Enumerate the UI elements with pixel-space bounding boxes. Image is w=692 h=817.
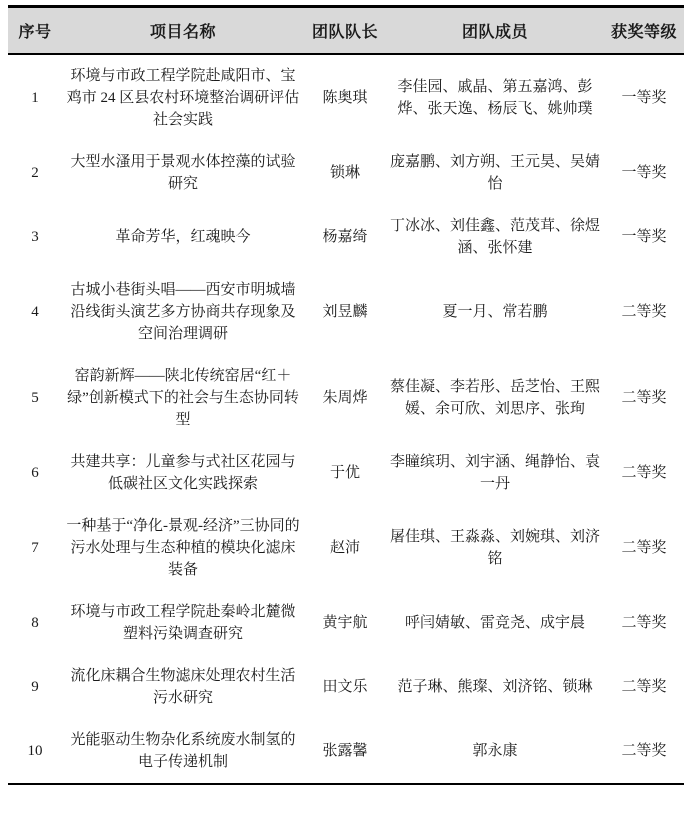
cell-team-leader: 杨嘉绮 xyxy=(304,205,386,269)
cell-award-level: 二等奖 xyxy=(604,655,684,719)
cell-award-level: 二等奖 xyxy=(604,269,684,355)
table-row: 5 窑韵新辉——陕北传统窑居“红＋绿”创新模式下的社会与生态协同转型 朱周烨 蔡… xyxy=(8,355,684,441)
cell-team-leader: 于优 xyxy=(304,441,386,505)
cell-project-name: 大型水溞用于景观水体控藻的试验研究 xyxy=(62,141,304,205)
cell-team-leader: 刘昱麟 xyxy=(304,269,386,355)
cell-team-members: 呼闫婧敏、雷竞尧、成宇晨 xyxy=(386,591,604,655)
cell-award-level: 二等奖 xyxy=(604,591,684,655)
cell-project-name: 窑韵新辉——陕北传统窑居“红＋绿”创新模式下的社会与生态协同转型 xyxy=(62,355,304,441)
cell-award-level: 一等奖 xyxy=(604,54,684,141)
cell-index: 5 xyxy=(8,355,62,441)
table-row: 4 古城小巷街头唱——西安市明城墙沿线街头演艺多方协商共存现象及空间治理调研 刘… xyxy=(8,269,684,355)
cell-project-name: 一种基于“净化-景观-经济”三协同的污水处理与生态种植的模块化滤床装备 xyxy=(62,505,304,591)
column-header-project-name: 项目名称 xyxy=(62,7,304,55)
cell-team-leader: 田文乐 xyxy=(304,655,386,719)
cell-award-level: 二等奖 xyxy=(604,505,684,591)
cell-team-members: 李佳园、戚晶、第五嘉鸿、彭烨、张天逸、杨辰飞、姚帅璞 xyxy=(386,54,604,141)
cell-team-leader: 张露馨 xyxy=(304,719,386,784)
cell-index: 9 xyxy=(8,655,62,719)
cell-award-level: 一等奖 xyxy=(604,141,684,205)
column-header-index: 序号 xyxy=(8,7,62,55)
cell-team-members: 庞嘉鹏、刘方朔、王元昊、吴婧怡 xyxy=(386,141,604,205)
cell-team-leader: 陈奥琪 xyxy=(304,54,386,141)
table-row: 1 环境与市政工程学院赴咸阳市、宝鸡市 24 区县农村环境整治调研评估社会实践 … xyxy=(8,54,684,141)
cell-project-name: 革命芳华，红魂映今 xyxy=(62,205,304,269)
cell-project-name: 共建共享：儿童参与式社区花园与低碳社区文化实践探索 xyxy=(62,441,304,505)
table-row: 9 流化床耦合生物滤床处理农村生活污水研究 田文乐 范子琳、熊璨、刘济铭、锁琳 … xyxy=(8,655,684,719)
cell-team-leader: 黄宇航 xyxy=(304,591,386,655)
cell-team-members: 夏一月、常若鹏 xyxy=(386,269,604,355)
table-row: 3 革命芳华，红魂映今 杨嘉绮 丁冰冰、刘佳鑫、范茂茸、徐煜涵、张怀建 一等奖 xyxy=(8,205,684,269)
cell-index: 4 xyxy=(8,269,62,355)
cell-index: 7 xyxy=(8,505,62,591)
cell-team-members: 丁冰冰、刘佳鑫、范茂茸、徐煜涵、张怀建 xyxy=(386,205,604,269)
column-header-team-leader: 团队队长 xyxy=(304,7,386,55)
cell-project-name: 流化床耦合生物滤床处理农村生活污水研究 xyxy=(62,655,304,719)
cell-award-level: 二等奖 xyxy=(604,355,684,441)
table-header: 序号 项目名称 团队队长 团队成员 获奖等级 xyxy=(8,7,684,55)
cell-index: 3 xyxy=(8,205,62,269)
cell-team-members: 范子琳、熊璨、刘济铭、锁琳 xyxy=(386,655,604,719)
cell-project-name: 环境与市政工程学院赴秦岭北麓微塑料污染调查研究 xyxy=(62,591,304,655)
cell-award-level: 二等奖 xyxy=(604,719,684,784)
cell-index: 8 xyxy=(8,591,62,655)
cell-team-members: 李瞳缤玥、刘宇涵、绳静怡、袁一丹 xyxy=(386,441,604,505)
cell-team-members: 屠佳琪、王淼淼、刘婉琪、刘济铭 xyxy=(386,505,604,591)
cell-index: 2 xyxy=(8,141,62,205)
cell-team-members: 郭永康 xyxy=(386,719,604,784)
cell-index: 1 xyxy=(8,54,62,141)
column-header-team-members: 团队成员 xyxy=(386,7,604,55)
cell-team-members: 蔡佳凝、李若彤、岳芝怡、王熙媛、余可欣、刘思序、张珣 xyxy=(386,355,604,441)
cell-award-level: 一等奖 xyxy=(604,205,684,269)
awards-table: 序号 项目名称 团队队长 团队成员 获奖等级 1 环境与市政工程学院赴咸阳市、宝… xyxy=(8,5,684,785)
cell-team-leader: 赵沛 xyxy=(304,505,386,591)
cell-project-name: 环境与市政工程学院赴咸阳市、宝鸡市 24 区县农村环境整治调研评估社会实践 xyxy=(62,54,304,141)
cell-team-leader: 锁琳 xyxy=(304,141,386,205)
cell-index: 6 xyxy=(8,441,62,505)
table-row: 8 环境与市政工程学院赴秦岭北麓微塑料污染调查研究 黄宇航 呼闫婧敏、雷竞尧、成… xyxy=(8,591,684,655)
table-body: 1 环境与市政工程学院赴咸阳市、宝鸡市 24 区县农村环境整治调研评估社会实践 … xyxy=(8,54,684,784)
table-row: 2 大型水溞用于景观水体控藻的试验研究 锁琳 庞嘉鹏、刘方朔、王元昊、吴婧怡 一… xyxy=(8,141,684,205)
cell-index: 10 xyxy=(8,719,62,784)
header-row: 序号 项目名称 团队队长 团队成员 获奖等级 xyxy=(8,7,684,55)
table-row: 10 光能驱动生物杂化系统废水制氢的电子传递机制 张露馨 郭永康 二等奖 xyxy=(8,719,684,784)
table-row: 7 一种基于“净化-景观-经济”三协同的污水处理与生态种植的模块化滤床装备 赵沛… xyxy=(8,505,684,591)
cell-project-name: 古城小巷街头唱——西安市明城墙沿线街头演艺多方协商共存现象及空间治理调研 xyxy=(62,269,304,355)
document-page: 序号 项目名称 团队队长 团队成员 获奖等级 1 环境与市政工程学院赴咸阳市、宝… xyxy=(0,0,692,817)
column-header-award-level: 获奖等级 xyxy=(604,7,684,55)
cell-project-name: 光能驱动生物杂化系统废水制氢的电子传递机制 xyxy=(62,719,304,784)
cell-award-level: 二等奖 xyxy=(604,441,684,505)
cell-team-leader: 朱周烨 xyxy=(304,355,386,441)
table-row: 6 共建共享：儿童参与式社区花园与低碳社区文化实践探索 于优 李瞳缤玥、刘宇涵、… xyxy=(8,441,684,505)
